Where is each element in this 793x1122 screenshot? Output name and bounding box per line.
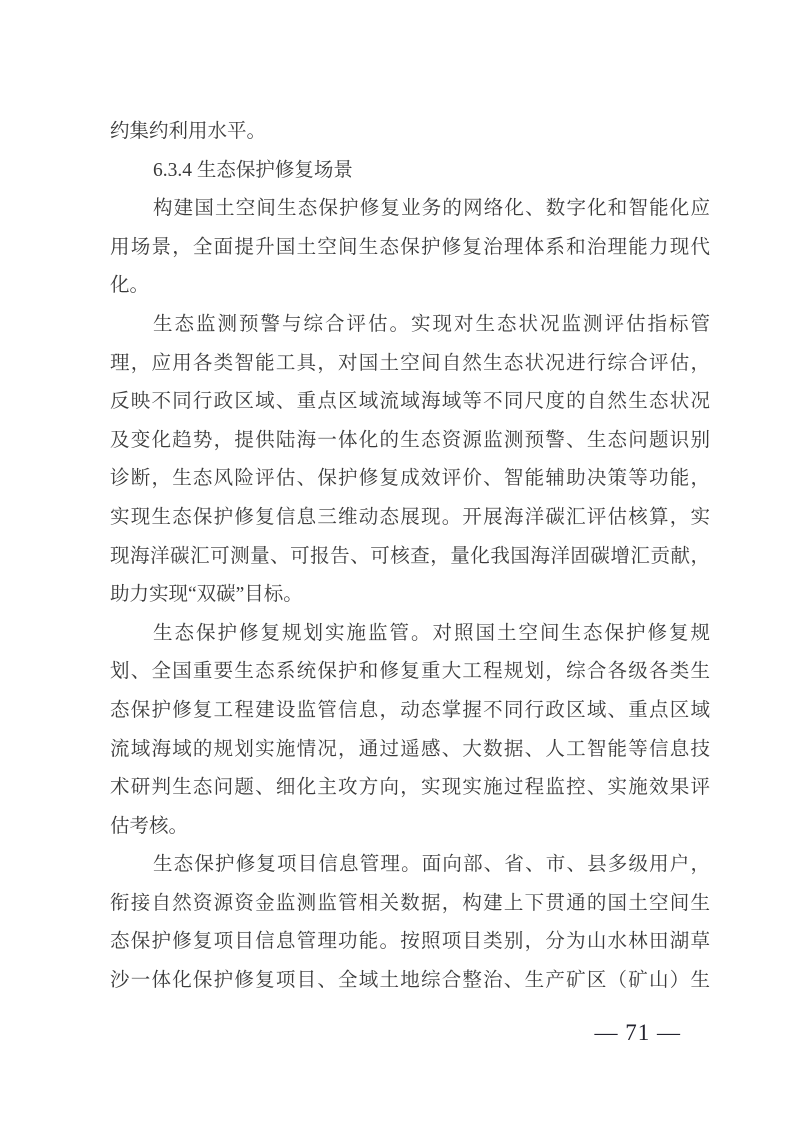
text-line: 衔接自然资源资金监测监管相关数据，构建上下贯通的国土空间生 xyxy=(110,885,710,924)
text-line: 助力实现“双碳”目标。 xyxy=(110,576,710,615)
text-line: 化。 xyxy=(110,267,710,306)
text-line: 沙一体化保护修复项目、全域土地综合整治、生产矿区（矿山）生 xyxy=(110,962,710,1001)
text-line: 态保护修复工程建设监管信息，动态掌握不同行政区域、重点区域 xyxy=(110,692,710,731)
text-line: 术研判生态问题、细化主攻方向，实现实施过程监控、实施效果评 xyxy=(110,769,710,808)
text-line: 实现生态保护修复信息三维动态展现。开展海洋碳汇评估核算，实 xyxy=(110,499,710,538)
text-line: 及变化趋势，提供陆海一体化的生态资源监测预警、生态问题识别 xyxy=(110,422,710,461)
text-line: 诊断，生态风险评估、保护修复成效评价、智能辅助决策等功能， xyxy=(110,460,710,499)
page-number: — 71 — xyxy=(595,1020,682,1045)
text-line: 生态监测预警与综合评估。实现对生态状况监测评估指标管 xyxy=(110,306,710,345)
text-line: 约集约利用水平。 xyxy=(110,113,710,152)
text-line: 理，应用各类智能工具，对国土空间自然生态状况进行综合评估， xyxy=(110,345,710,384)
body-text: 约集约利用水平。6.3.4 生态保护修复场景构建国土空间生态保护修复业务的网络化… xyxy=(110,113,710,1001)
text-line: 流域海域的规划实施情况，通过遥感、大数据、人工智能等信息技 xyxy=(110,731,710,770)
text-line: 划、全国重要生态系统保护和修复重大工程规划，综合各级各类生 xyxy=(110,653,710,692)
section-heading: 6.3.4 生态保护修复场景 xyxy=(110,152,710,191)
text-line: 态保护修复项目信息管理功能。按照项目类别，分为山水林田湖草 xyxy=(110,923,710,962)
text-line: 构建国土空间生态保护修复业务的网络化、数字化和智能化应 xyxy=(110,190,710,229)
text-line: 生态保护修复项目信息管理。面向部、省、市、县多级用户， xyxy=(110,846,710,885)
page-footer: — 71 — xyxy=(595,1019,682,1047)
text-line: 用场景，全面提升国土空间生态保护修复治理体系和治理能力现代 xyxy=(110,229,710,268)
text-line: 现海洋碳汇可测量、可报告、可核查，量化我国海洋固碳增汇贡献， xyxy=(110,538,710,577)
document-page: 约集约利用水平。6.3.4 生态保护修复场景构建国土空间生态保护修复业务的网络化… xyxy=(0,0,793,1122)
text-line: 估考核。 xyxy=(110,808,710,847)
text-line: 生态保护修复规划实施监管。对照国土空间生态保护修复规 xyxy=(110,615,710,654)
text-line: 反映不同行政区域、重点区域流域海域等不同尺度的自然生态状况 xyxy=(110,383,710,422)
